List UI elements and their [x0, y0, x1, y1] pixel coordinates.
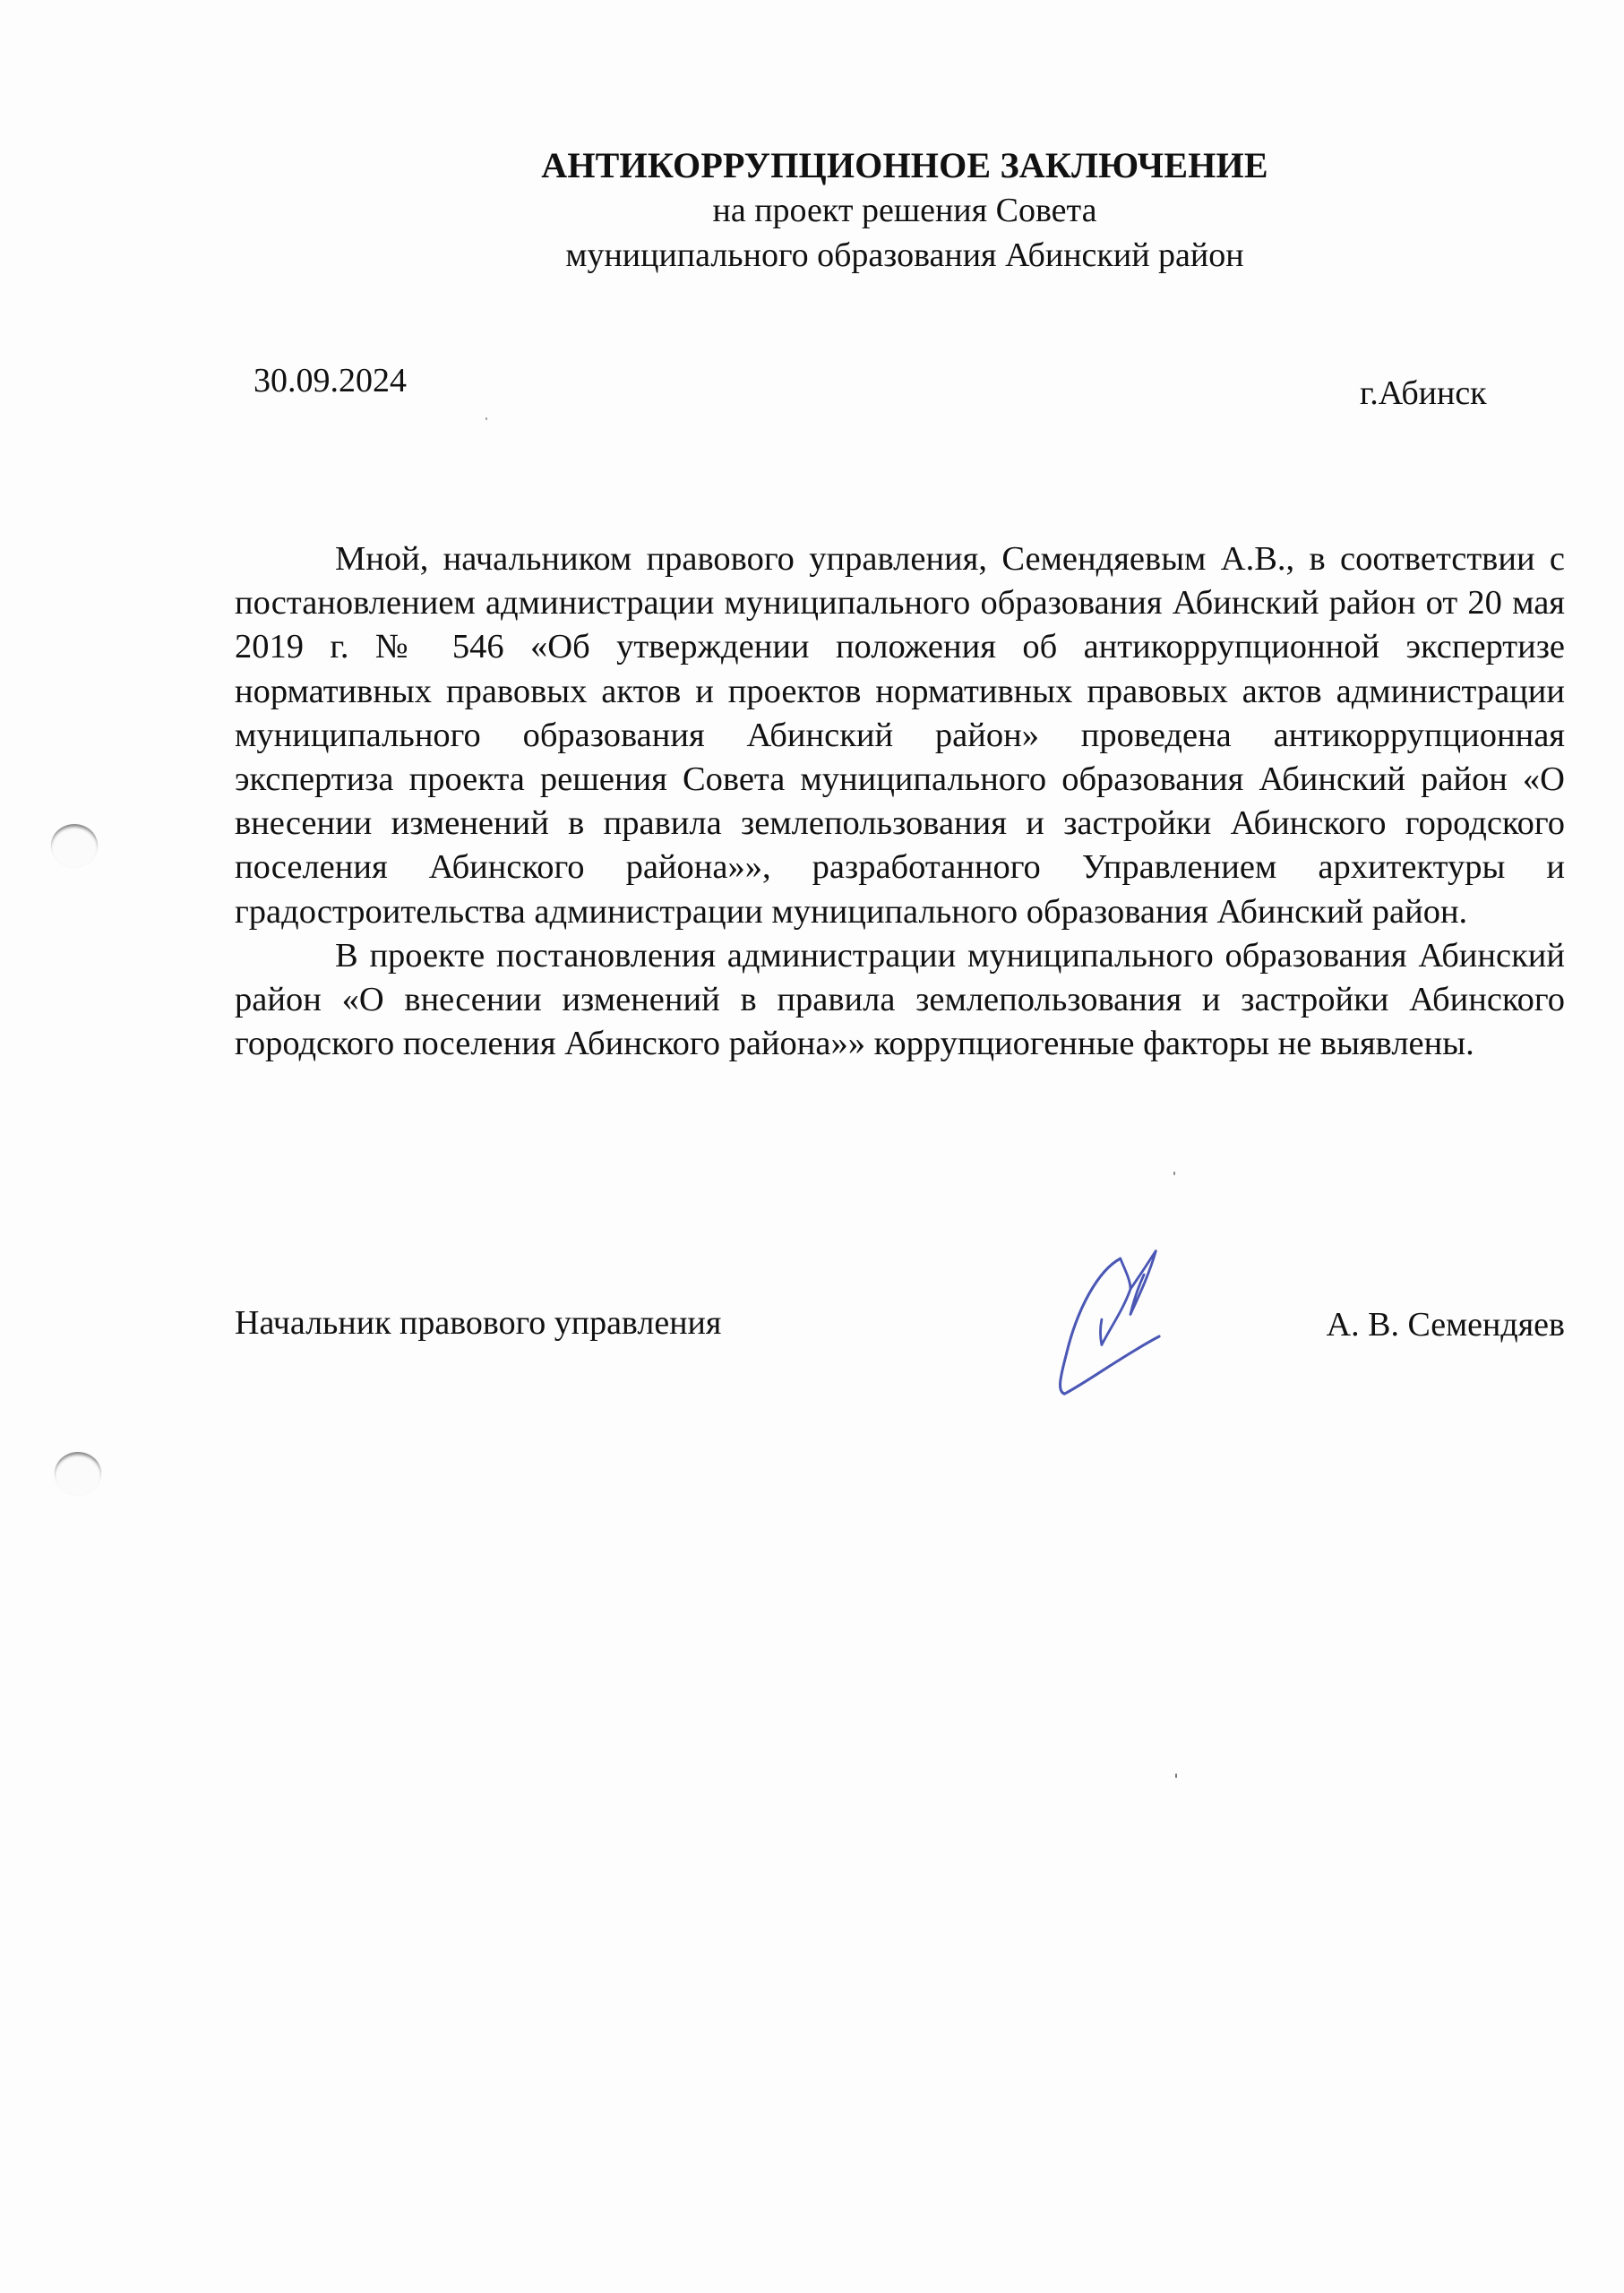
scan-speck [1175, 1773, 1177, 1778]
body-paragraph-2: В проекте постановления администрации му… [235, 934, 1565, 1067]
scan-speck [1173, 1172, 1175, 1175]
document-body: Мной, начальником правового управления, … [235, 537, 1565, 1066]
punch-hole-bottom [55, 1452, 101, 1495]
body-paragraph-1: Мной, начальником правового управления, … [235, 537, 1565, 934]
signature-block: Начальник правового управления А. В. Сем… [235, 1301, 1565, 1354]
document-city: г.Абинск [1360, 373, 1487, 414]
document-page: АНТИКОРРУПЦИОННОЕ ЗАКЛЮЧЕНИЕ на проект р… [0, 0, 1624, 2293]
document-subtitle-line-1: на проект решения Совета [448, 188, 1362, 233]
punch-hole-top [51, 824, 98, 867]
signatory-position: Начальник правового управления [235, 1301, 721, 1345]
document-title: АНТИКОРРУПЦИОННОЕ ЗАКЛЮЧЕНИЕ [448, 143, 1362, 188]
document-date: 30.09.2024 [253, 360, 407, 401]
signatory-name: А. В. Семендяев [1327, 1302, 1565, 1347]
scan-speck [485, 417, 487, 420]
document-subtitle-line-2: муниципального образования Абинский райо… [448, 233, 1362, 278]
handwritten-signature-icon [1039, 1236, 1191, 1406]
document-header: АНТИКОРРУПЦИОННОЕ ЗАКЛЮЧЕНИЕ на проект р… [448, 143, 1362, 278]
